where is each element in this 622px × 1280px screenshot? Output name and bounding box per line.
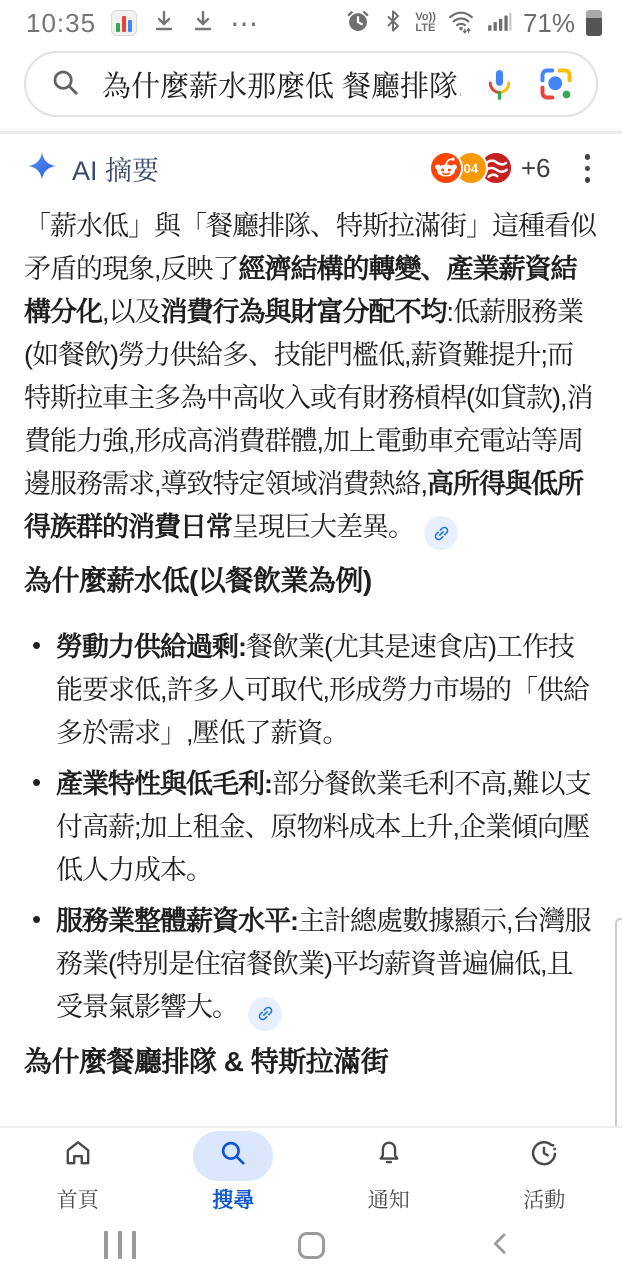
nav-label-home: 首頁: [57, 1184, 99, 1214]
section-heading: 為什麼薪水低(以餐飲業為例): [24, 560, 598, 602]
home-icon: [63, 1138, 93, 1173]
more-notifications-icon: ⋯: [230, 7, 260, 40]
google-lens-button[interactable]: [538, 66, 574, 102]
ai-sparkle-icon: [26, 150, 58, 187]
bullet-lead-text: 服務業整體薪資水平:: [56, 906, 298, 936]
nav-item-activity[interactable]: 活動: [467, 1128, 622, 1216]
search-query-text[interactable]: 為什麼薪水那麼低 餐廳排隊...: [102, 64, 461, 105]
system-navigation-bar: [0, 1216, 622, 1280]
paragraph-bold-text: 消費行為與財富分配不均: [161, 297, 447, 327]
bullet-item: •勞動力供給過剩:餐飲業(尤其是速食店)工作技能要求低,許多人可取代,形成勞力市…: [24, 626, 598, 755]
bullet-lead-text: 勞動力供給過剩:: [56, 632, 246, 662]
source-link-chip[interactable]: [248, 997, 282, 1031]
bullet-item: •產業特性與低毛利:部分餐飲業毛利不高,難以支付高薪;加上租金、原物料成本上升,…: [24, 763, 598, 892]
activity-icon: [529, 1138, 559, 1173]
search-input[interactable]: 為什麼薪水那麼低 餐廳排隊...: [24, 51, 598, 117]
search-bar-region: 為什麼薪水那麼低 餐廳排隊...: [0, 42, 622, 131]
alarm-icon: [345, 8, 371, 39]
source-favicons[interactable]: 04: [429, 151, 513, 185]
paragraph-text: ,以及: [102, 297, 161, 327]
ai-overview-paragraph: 「薪水低」與「餐廳排隊、特斯拉滿街」這種看似矛盾的現象,反映了經濟結構的轉變、產…: [24, 205, 598, 551]
source-link-chip[interactable]: [424, 516, 458, 550]
download-icon: [191, 9, 215, 38]
bluetooth-icon: [382, 8, 404, 39]
paragraph-text: 呈現巨大差異。: [232, 512, 414, 542]
ai-overview-label: AI 摘要: [72, 149, 159, 188]
recents-button[interactable]: [104, 1231, 136, 1259]
wifi-icon: [447, 8, 475, 39]
download-icon: [152, 9, 176, 38]
reddit-favicon: [429, 151, 463, 185]
bullet-marker: •: [32, 761, 40, 804]
ai-overview-body: 「薪水低」與「餐廳排隊、特斯拉滿街」這種看似矛盾的現象,反映了經濟結構的轉變、產…: [0, 193, 622, 1083]
nav-item-home[interactable]: 首頁: [0, 1128, 156, 1216]
section-heading: 為什麼餐廳排隊 & 特斯拉滿街: [24, 1041, 598, 1083]
bullet-marker: •: [32, 624, 40, 667]
home-button[interactable]: [298, 1232, 325, 1259]
bullet-item: •服務業整體薪資水平:主計總處數據顯示,台灣服務業(特別是住宿餐飲業)平均薪資普…: [24, 900, 598, 1031]
battery-percent-text: 71%: [523, 8, 575, 39]
nav-item-search[interactable]: 搜尋: [156, 1128, 312, 1216]
nav-item-notifications[interactable]: 通知: [311, 1128, 467, 1216]
clock-text: 10:35: [26, 8, 96, 39]
search-icon: [218, 1138, 248, 1173]
bottom-navigation: 首頁 搜尋 通知 活動: [0, 1126, 622, 1216]
volte-icon: Vo))LTE: [415, 12, 436, 34]
bullet-marker: •: [32, 898, 40, 941]
phone-screen: 10:35 ⋯ Vo))LTE: [0, 0, 622, 1280]
ai-overview-header: AI 摘要 04 +6: [0, 134, 622, 193]
bullet-lead-text: 產業特性與低毛利:: [56, 769, 272, 799]
battery-icon: [586, 10, 602, 36]
search-icon: [50, 67, 80, 102]
bullet-list: •勞動力供給過剩:餐飲業(尤其是速食店)工作技能要求低,許多人可取代,形成勞力市…: [24, 626, 598, 1031]
more-sources-count[interactable]: +6: [521, 153, 551, 184]
more-options-button[interactable]: [577, 148, 599, 189]
back-button[interactable]: [486, 1228, 514, 1263]
chart-app-notification-icon: [111, 10, 137, 36]
nav-label-search: 搜尋: [212, 1184, 254, 1214]
signal-strength-icon: [486, 8, 512, 39]
status-bar: 10:35 ⋯ Vo))LTE: [0, 0, 622, 42]
voice-search-button[interactable]: [483, 68, 516, 101]
notifications-icon: [374, 1138, 404, 1173]
nav-label-activity: 活動: [523, 1184, 565, 1214]
nav-label-notifications: 通知: [368, 1184, 410, 1214]
